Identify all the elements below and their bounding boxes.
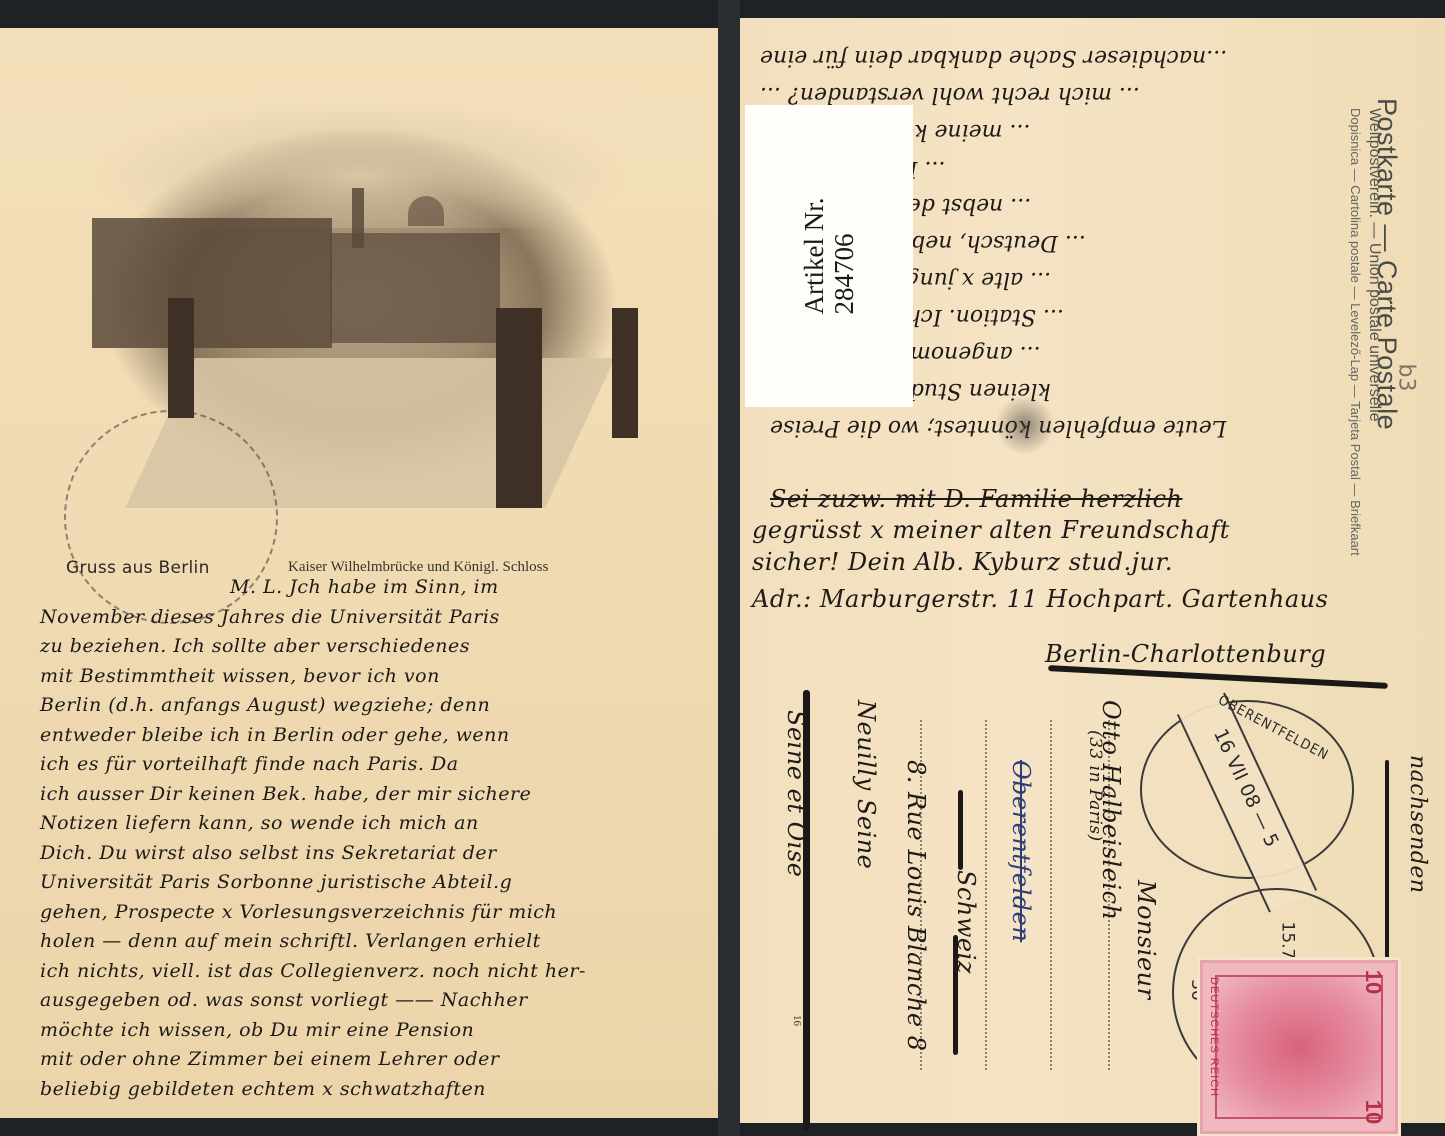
address-guide-line	[985, 720, 987, 1070]
message-line: mit oder ohne Zimmer bei einem Lehrer od…	[40, 1048, 499, 1070]
closing-line: sicher! Dein Alb. Kyburz stud.jur.	[752, 548, 1173, 576]
tower	[352, 188, 364, 248]
message-line: November dieses Jahres die Universität P…	[40, 606, 500, 628]
upside-down-line: ... mich recht wohl verstanden? ...	[760, 82, 1140, 107]
message-line: Berlin (d.h. anfangs August) wegziehe; d…	[40, 694, 490, 716]
address-line: 8. Rue Louis Blanche 8	[902, 760, 930, 1051]
bridge-statue-center	[496, 308, 542, 508]
bridge-statue-left	[168, 298, 194, 418]
closing-line: Sei zuzw. mit D. Familie herzlich	[770, 485, 1182, 513]
caption-subtitle: Kaiser Wilhelmbrücke und Königl. Schloss	[288, 559, 548, 576]
pencil-note: b3	[1393, 364, 1418, 392]
message-line: M. L. Jch habe im Sinn, im	[230, 576, 499, 598]
forward-note: nachsenden	[1405, 755, 1430, 894]
postcard-front: Gruss aus Berlin Kaiser Wilhelmbrücke un…	[0, 28, 718, 1118]
article-number: 284706	[829, 198, 859, 315]
message-line: Universität Paris Sorbonne juristische A…	[40, 871, 512, 893]
address-line: Schweiz	[952, 870, 980, 974]
caption-title: Gruss aus Berlin	[66, 558, 210, 578]
caption: Gruss aus Berlin Kaiser Wilhelmbrücke un…	[66, 558, 210, 578]
postmark-oberentfelden: OBERENTFELDEN 16 VII 08 — 5	[1140, 700, 1354, 879]
message-line: holen — denn auf mein schriftl. Verlange…	[40, 930, 541, 952]
address-guide-line	[1050, 720, 1052, 1070]
germania-portrait	[1215, 975, 1383, 1119]
printer-mark: 16	[791, 1015, 803, 1026]
bridge-statue-right	[612, 308, 638, 438]
address-line: Oberentfelden	[1007, 760, 1035, 942]
message-line: Notizen liefern kann, so wende ich mich …	[40, 812, 479, 834]
message-line: mit Bestimmtheit wissen, bevor ich von	[40, 665, 440, 687]
message-line: ausgegeben od. was sonst vorliegt —— Nac…	[40, 989, 528, 1011]
message-line: ich ausser Dir keinen Bek. habe, der mir…	[40, 783, 531, 805]
article-label: Artikel Nr. 284706	[745, 105, 913, 407]
message-line: ich nichts, viell. ist das Collegienverz…	[40, 960, 586, 982]
address-line: Neuilly Seine	[852, 700, 880, 869]
postage-stamp: DEUTSCHES REICH 10 10	[1200, 960, 1398, 1134]
article-label-text: Artikel Nr.	[799, 198, 829, 315]
message-line: Dich. Du wirst also selbst ins Sekretari…	[40, 842, 497, 864]
strike-rule	[1385, 760, 1389, 960]
strike-rule	[958, 790, 963, 870]
message-line: zu beziehen. Ich sollte aber verschieden…	[40, 635, 470, 657]
dome	[408, 196, 444, 226]
address-line: (33 in Paris)	[1085, 730, 1105, 842]
stamp-country: DEUTSCHES REICH	[1208, 977, 1220, 1097]
closing-line: gegrüsst x meiner alten Freundschaft	[752, 516, 1230, 544]
union-postale-print: Weltpostverein. — Union postale universe…	[1365, 108, 1383, 422]
upside-down-line: ...nachdieser Sache dankbar dein für ein…	[760, 45, 1227, 70]
palace-building	[92, 218, 332, 348]
message-line: beliebig gebildeten echtem x schwatzhaft…	[40, 1078, 486, 1100]
message-line: möchte ich wissen, ob Du mir eine Pensio…	[40, 1019, 474, 1041]
scan-divider	[718, 0, 740, 1136]
closing-line: Berlin-Charlottenburg	[1045, 640, 1326, 668]
address-line: Monsieur	[1132, 880, 1160, 1000]
message-line: ich es für vorteilhaft finde nach Paris.…	[40, 753, 459, 775]
rear-building	[330, 233, 500, 343]
stamp-value-bottom: 10	[1360, 1100, 1386, 1124]
closing-line: Adr.: Marburgerstr. 11 Hochpart. Gartenh…	[752, 585, 1328, 613]
message-line: gehen, Prospecte x Vorlesungsverzeichnis…	[40, 901, 557, 923]
stamp-value-top: 10	[1360, 970, 1386, 994]
ink-smudge	[995, 395, 1055, 455]
address-line: Seine et Oise	[782, 710, 810, 877]
message-line: entweder bleibe ich in Berlin oder gehe,…	[40, 724, 510, 746]
multilingual-print: Dopisnica — Cartolina postale — Levelező…	[1348, 108, 1363, 556]
